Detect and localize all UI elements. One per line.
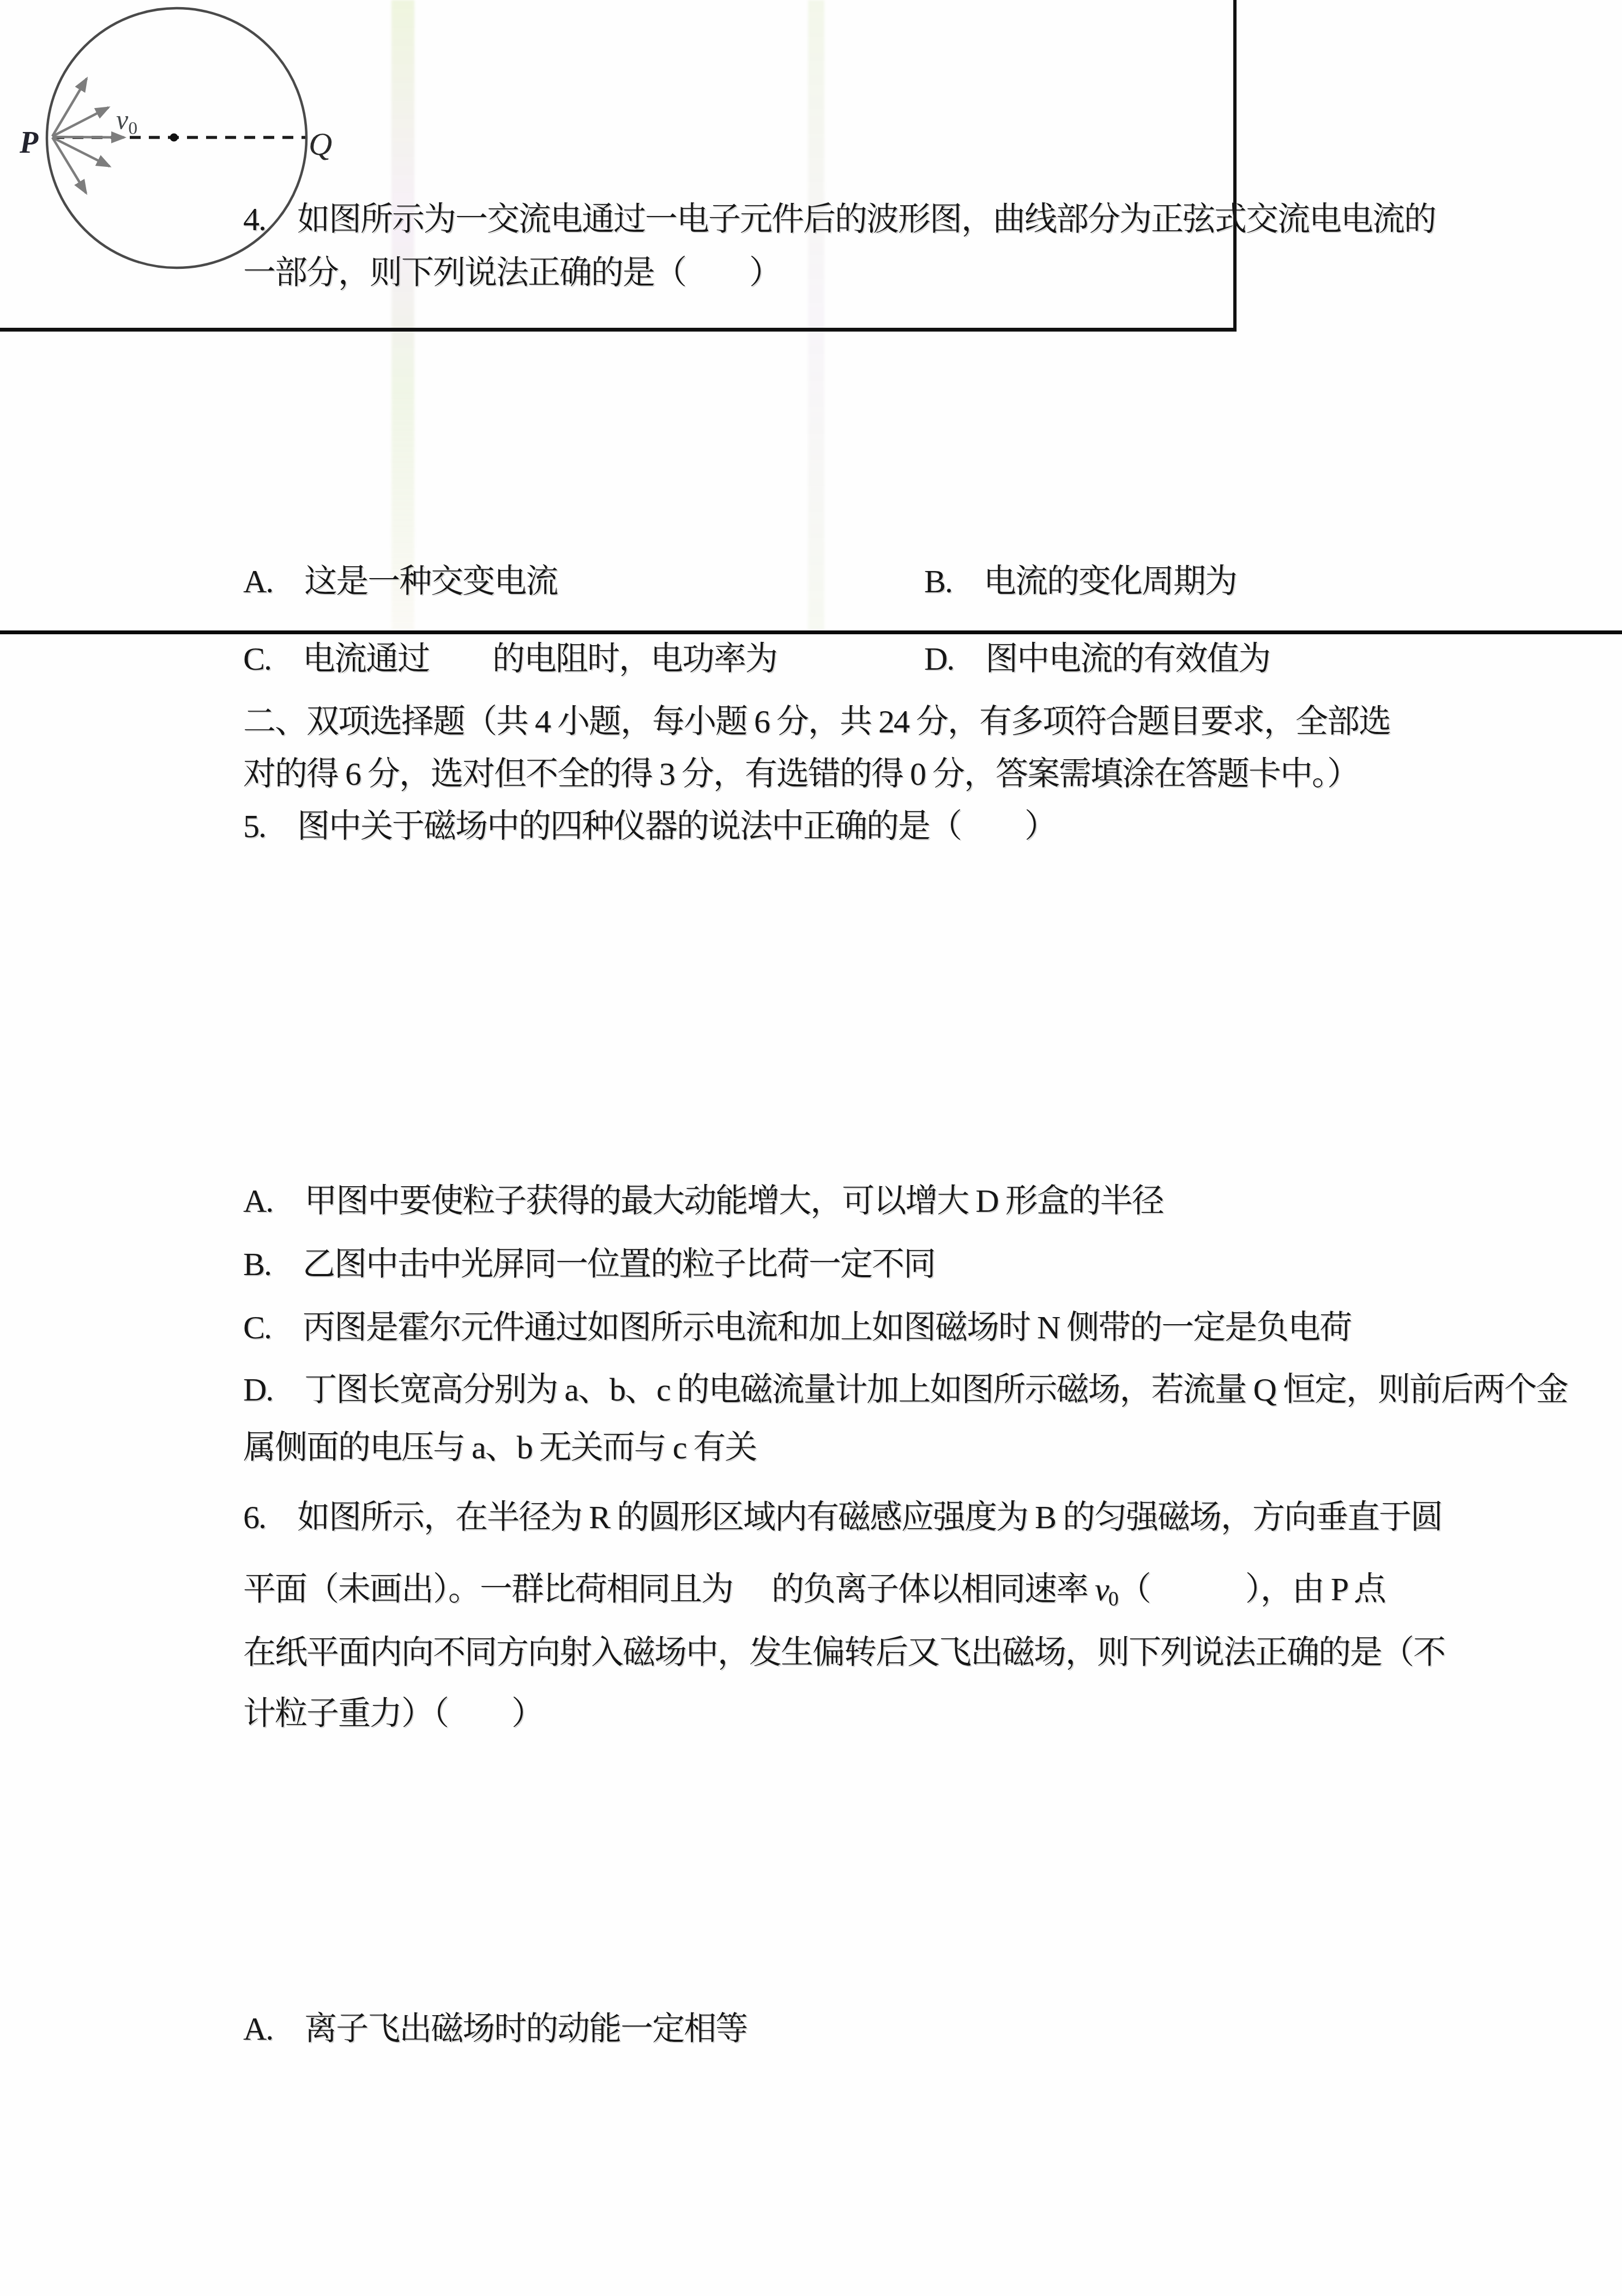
question-5-option-d-line-2: 属侧面的电压与 a、b 无关而与 c 有关 bbox=[243, 1431, 756, 1464]
exam-page: P Q v0 4. 如图所示为一交流电通过一电子元件后的波形图，曲线部分为正弦式… bbox=[0, 0, 1622, 2296]
question-6-option-a: A. 离子飞出磁场时的动能一定相等 bbox=[243, 2012, 747, 2045]
question-6-line-2-text-b: （ ），由 P 点 bbox=[1119, 1571, 1385, 1607]
question-5-option-c: C. 丙图是霍尔元件通过如图所示电流和加上如图磁场时 N 侧带的一定是负电荷 bbox=[243, 1311, 1351, 1344]
q-label: Q bbox=[309, 128, 332, 160]
question-4-option-a: A. 这是一种交变电流 bbox=[243, 565, 557, 598]
question-6-line-2-text-a: 平面（未画出）。一群比荷相同且为 的负离子体以相同速率 bbox=[243, 1571, 1095, 1607]
question-5-option-d-line-1: D. 丁图长宽高分别为 a、b、c 的电磁流量计加上如图所示磁场，若流量 Q 恒… bbox=[243, 1373, 1567, 1406]
p-label: P bbox=[20, 128, 38, 158]
question-4-line-1: 4. 如图所示为一交流电通过一电子元件后的波形图，曲线部分为正弦式交流电电流的 bbox=[243, 203, 1436, 236]
section-2-header-line-2: 对的得 6 分，选对但不全的得 3 分，有选错的得 0 分，答案需填涂在答题卡中… bbox=[243, 758, 1359, 790]
question-4-option-b: B. 电流的变化周期为 bbox=[924, 565, 1237, 598]
horizontal-rule bbox=[0, 630, 1622, 634]
question-6-line-1: 6. 如图所示，在半径为 R 的圆形区域内有磁感应强度为 B 的匀强磁场，方向垂… bbox=[243, 1501, 1442, 1534]
question-5-option-a: A. 甲图中要使粒子获得的最大动能增大，可以增大 D 形盒的半径 bbox=[243, 1185, 1163, 1217]
question-4-option-d: D. 图中电流的有效值为 bbox=[924, 642, 1270, 675]
velocity-arrow-horizontal bbox=[52, 137, 124, 137]
q6-v0-subscript: 0 bbox=[1108, 1588, 1119, 1610]
center-dot bbox=[170, 134, 178, 142]
v0-subscript: 0 bbox=[128, 118, 137, 139]
v0-symbol: v bbox=[116, 104, 128, 135]
section-2-header-line-1: 二、双项选择题（共 4 小题，每小题 6 分，共 24 分，有多项符合题目要求，… bbox=[243, 705, 1390, 738]
question-4-line-2: 一部分，则下列说法正确的是（ ） bbox=[243, 256, 781, 289]
v0-label: v0 bbox=[116, 106, 137, 138]
question-5-stem: 5. 图中关于磁场中的四种仪器的说法中正确的是（ ） bbox=[243, 810, 1056, 843]
question-6-line-4: 计粒子重力）（ ） bbox=[243, 1697, 543, 1730]
q6-v0-symbol: v bbox=[1095, 1571, 1108, 1607]
question-4-option-c: C. 电流通过 的电阻时，电功率为 bbox=[243, 642, 777, 675]
question-6-line-3: 在纸平面内向不同方向射入磁场中，发生偏转后又飞出磁场，则下列说法正确的是（不 bbox=[243, 1636, 1445, 1669]
question-6-line-2: 平面（未画出）。一群比荷相同且为 的负离子体以相同速率 v0（ ），由 P 点 bbox=[243, 1573, 1385, 1609]
question-5-option-b: B. 乙图中击中光屏同一位置的粒子比荷一定不同 bbox=[243, 1248, 935, 1281]
